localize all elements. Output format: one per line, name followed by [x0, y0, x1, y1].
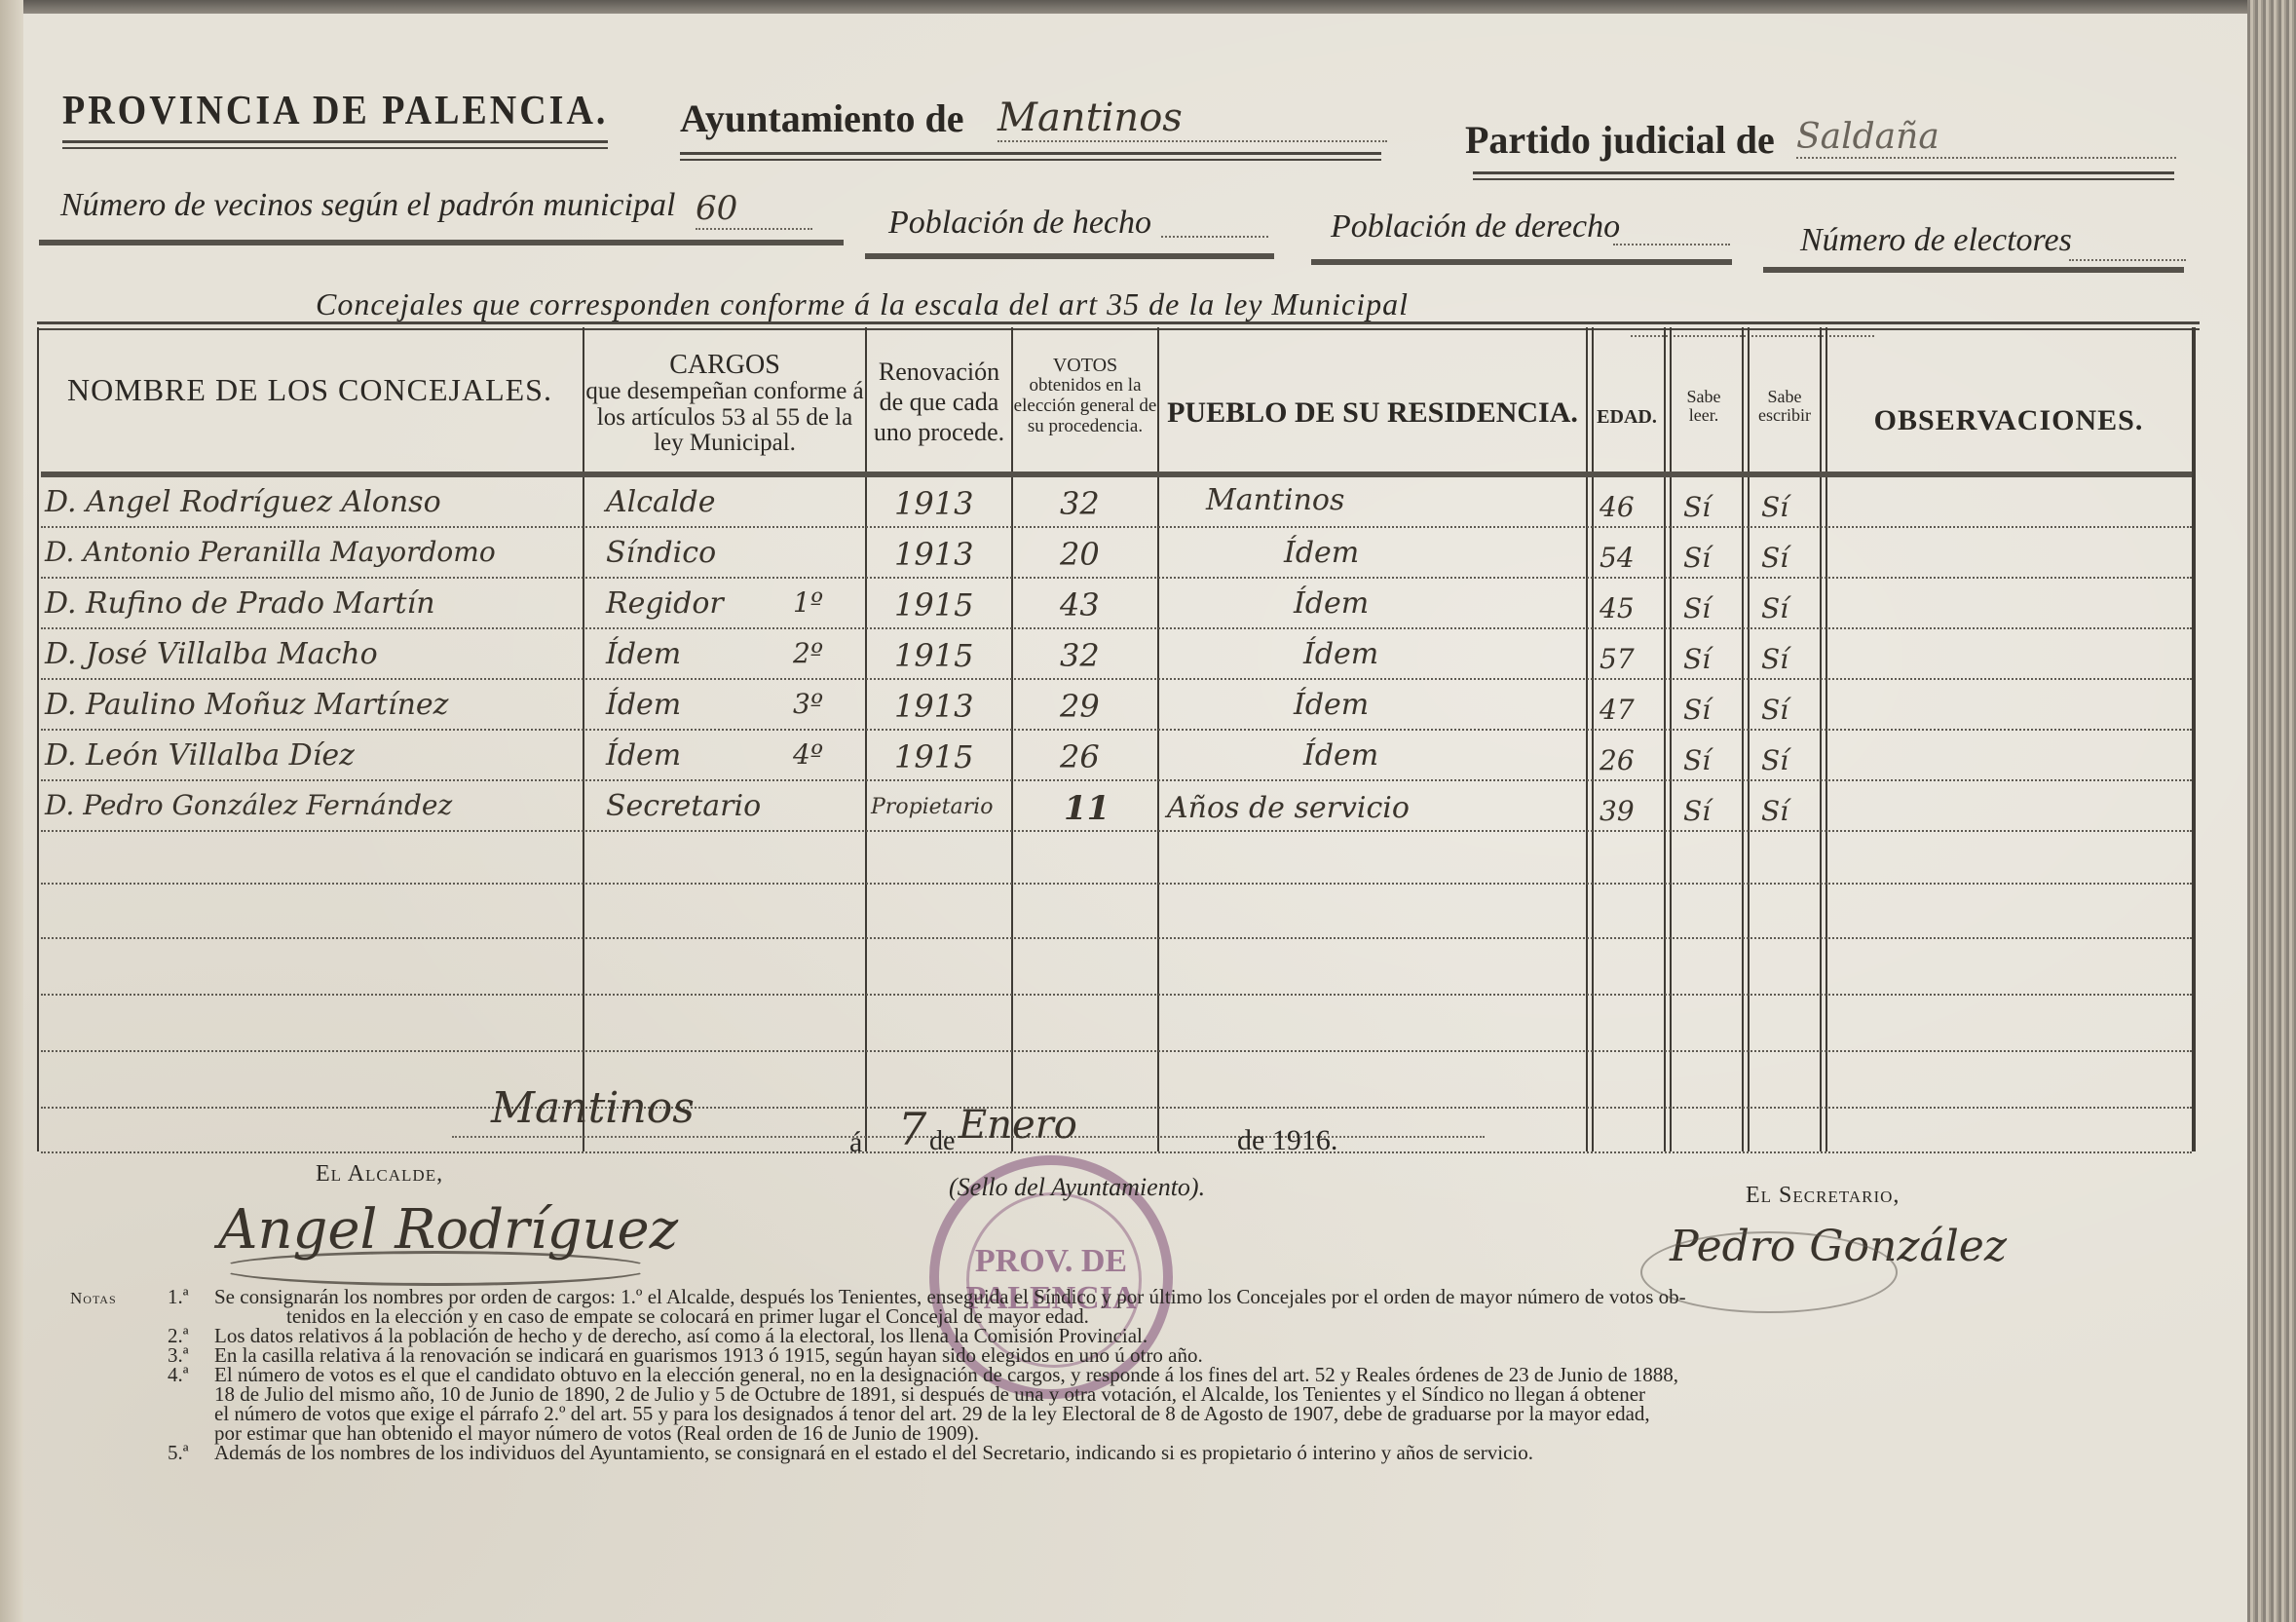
column-header-renovacion: Renovación de que cada uno procede.: [867, 357, 1011, 448]
cell-votos[interactable]: 32: [1060, 485, 1100, 522]
table-top-border: [37, 321, 2200, 330]
poblacion-derecho-label: Población de derecho: [1331, 208, 1620, 245]
column-header-cargos-title: CARGOS: [584, 351, 865, 379]
date-year: de 1916.: [1237, 1124, 1337, 1157]
column-divider: [1011, 327, 1013, 1151]
cell-renovacion[interactable]: 1915: [894, 637, 973, 674]
cell-votos[interactable]: 20: [1060, 536, 1100, 573]
secretario-label: El Secretario,: [1746, 1183, 1900, 1209]
cell-votos[interactable]: 32: [1060, 637, 1100, 674]
cell-edad[interactable]: 54: [1600, 542, 1635, 574]
cell-nombre[interactable]: D. Paulino Moñuz Martínez: [45, 688, 448, 722]
cell-renovacion[interactable]: 1915: [894, 738, 973, 775]
cell-cargo[interactable]: Ídem: [606, 738, 681, 773]
divider: [1311, 259, 1732, 265]
column-header-sabe-escribir: Sabe escribir: [1748, 388, 1822, 425]
cell-cargo-number[interactable]: 4º: [793, 738, 823, 771]
divider: [680, 152, 1381, 161]
cell-sabe-leer[interactable]: Sí: [1683, 542, 1711, 574]
cell-cargo-number[interactable]: 2º: [793, 637, 823, 669]
cell-nombre[interactable]: D. León Villalba Díez: [45, 738, 355, 773]
cell-votos[interactable]: 26: [1060, 738, 1100, 775]
cell-edad[interactable]: 39: [1600, 795, 1635, 827]
column-header-edad: EDAD.: [1590, 407, 1664, 428]
empty-row-divider: [41, 1050, 2192, 1052]
cell-sabe-escribir[interactable]: Sí: [1761, 643, 1788, 675]
province-title: PROVINCIA DE PALENCIA.: [62, 88, 608, 134]
cell-edad[interactable]: 57: [1600, 643, 1635, 675]
cell-renovacion[interactable]: 1913: [894, 536, 973, 573]
cell-edad[interactable]: 46: [1600, 491, 1635, 523]
table-bottom-border: [41, 1151, 2192, 1153]
cell-cargo-number[interactable]: 3º: [793, 688, 823, 720]
column-header-cargos: CARGOS que desempeñan conforme á los art…: [584, 351, 865, 456]
divider: [1763, 267, 2184, 273]
note-5: 5.ªAdemás de los nombres de los individu…: [168, 1442, 1533, 1463]
cell-nombre[interactable]: D. Rufino de Prado Martín: [45, 586, 435, 621]
cell-sabe-leer[interactable]: Sí: [1683, 694, 1711, 726]
divider: [39, 240, 844, 245]
note-number: 1.ª: [168, 1286, 214, 1307]
notes-label: Notas: [70, 1288, 117, 1309]
document-page: PROVINCIA DE PALENCIA. Ayuntamiento de M…: [23, 14, 2247, 1622]
divider: [62, 140, 608, 149]
cell-edad[interactable]: 47: [1600, 694, 1635, 726]
row-divider: [41, 577, 2192, 579]
column-header-votos: VOTOS obtenidos en la elección general d…: [1013, 355, 1157, 437]
electores-field[interactable]: [2069, 245, 2186, 261]
cell-cargo[interactable]: Síndico: [606, 536, 716, 570]
cell-cargo[interactable]: Ídem: [606, 688, 681, 722]
cell-cargo[interactable]: Secretario: [606, 789, 761, 823]
cell-sabe-leer[interactable]: Sí: [1683, 491, 1711, 523]
column-header-sabe-leer: Sabe leer.: [1679, 388, 1728, 425]
sello-label: (Sello del Ayuntamiento).: [949, 1173, 1205, 1202]
book-page-stack: [2247, 0, 2296, 1622]
cell-pueblo[interactable]: Ídem: [1303, 738, 1378, 773]
column-header-cargos-subtitle: que desempeñan conforme á los artículos …: [584, 379, 865, 456]
cell-pueblo[interactable]: Mantinos: [1206, 483, 1344, 517]
month-field[interactable]: Enero: [959, 1103, 1077, 1148]
cell-nombre[interactable]: D. Angel Rodríguez Alonso: [45, 485, 441, 519]
electores-label: Número de electores: [1800, 222, 2072, 259]
column-divider: [1742, 327, 1750, 1151]
row-divider: [41, 627, 2192, 629]
cell-pueblo[interactable]: Ídem: [1284, 536, 1359, 570]
cell-cargo[interactable]: Regidor: [606, 586, 724, 621]
cell-pueblo[interactable]: Ídem: [1294, 688, 1369, 722]
cell-votos[interactable]: 11: [1064, 789, 1110, 828]
column-divider: [37, 327, 39, 1151]
cell-sabe-leer[interactable]: Sí: [1683, 744, 1711, 776]
book-edge-left: [0, 0, 23, 1622]
empty-row-divider: [41, 883, 2192, 885]
column-header-votos-title: VOTOS: [1013, 355, 1157, 376]
column-divider: [1157, 327, 1159, 1151]
partido-judicial-label: Partido judicial de: [1465, 117, 1775, 163]
signature-flourish: [218, 1251, 653, 1286]
row-divider: [41, 830, 2192, 832]
column-header-nombre: NOMBRE DE LOS CONCEJALES.: [37, 374, 583, 407]
cell-votos[interactable]: 43: [1060, 586, 1100, 623]
cell-sabe-escribir[interactable]: Sí: [1761, 491, 1788, 523]
vecinos-label: Número de vecinos según el padrón munici…: [60, 187, 675, 224]
ayuntamiento-field[interactable]: Mantinos: [997, 95, 1387, 142]
column-header-votos-subtitle: obtenidos en la elección general de su p…: [1013, 376, 1157, 437]
header-bottom-border: [41, 472, 2192, 477]
note-number: 4.ª: [168, 1364, 214, 1385]
poblacion-hecho-label: Población de hecho: [888, 205, 1151, 242]
date-de: de: [929, 1126, 955, 1157]
empty-row-divider: [41, 1107, 2192, 1109]
concejales-escala-label: Concejales que corresponden conforme á l…: [316, 286, 1409, 322]
cell-renovacion[interactable]: 1915: [894, 586, 973, 623]
table-right-border: [2192, 327, 2196, 1151]
cell-cargo[interactable]: Ídem: [606, 637, 681, 671]
cell-sabe-leer[interactable]: Sí: [1683, 795, 1711, 827]
column-divider: [1820, 327, 1827, 1151]
cell-edad[interactable]: 26: [1600, 744, 1635, 776]
column-divider: [1586, 327, 1594, 1151]
cell-sabe-escribir[interactable]: Sí: [1761, 592, 1788, 624]
divider: [865, 253, 1274, 259]
empty-row-divider: [41, 994, 2192, 996]
cell-renovacion[interactable]: 1913: [894, 688, 973, 725]
poblacion-hecho-field[interactable]: [1161, 222, 1268, 238]
column-header-observaciones: OBSERVACIONES.: [1826, 405, 2192, 436]
cell-sabe-escribir[interactable]: Sí: [1761, 744, 1788, 776]
cell-nombre[interactable]: D. Pedro González Fernández: [45, 789, 452, 821]
poblacion-derecho-field[interactable]: [1613, 230, 1730, 245]
concejales-table: NOMBRE DE LOS CONCEJALES. CARGOS que des…: [37, 327, 2200, 1151]
cell-pueblo[interactable]: Ídem: [1303, 637, 1378, 671]
partido-judicial-field[interactable]: Saldaña: [1796, 117, 2176, 159]
vecinos-field[interactable]: 60: [696, 189, 812, 230]
cell-edad[interactable]: 45: [1600, 592, 1635, 624]
ayuntamiento-label: Ayuntamiento de: [680, 95, 963, 141]
cell-sabe-escribir[interactable]: Sí: [1761, 694, 1788, 726]
cell-nombre[interactable]: D. Antonio Peranilla Mayordomo: [45, 536, 496, 568]
cell-sabe-leer[interactable]: Sí: [1683, 643, 1711, 675]
row-divider: [41, 526, 2192, 528]
cell-pueblo[interactable]: Años de servicio: [1167, 791, 1410, 825]
empty-row-divider: [41, 937, 2192, 939]
column-header-pueblo: PUEBLO DE SU RESIDENCIA.: [1159, 397, 1586, 429]
place-field[interactable]: Mantinos: [491, 1083, 695, 1133]
divider: [1473, 171, 2174, 180]
cell-sabe-escribir[interactable]: Sí: [1761, 542, 1788, 574]
cell-pueblo[interactable]: Ídem: [1294, 586, 1369, 621]
cell-nombre[interactable]: D. José Villalba Macho: [45, 637, 378, 671]
row-divider: [41, 729, 2192, 731]
note-number: 5.ª: [168, 1442, 214, 1463]
date-a: á: [849, 1126, 862, 1159]
column-divider: [1664, 327, 1672, 1151]
cell-sabe-escribir[interactable]: Sí: [1761, 795, 1788, 827]
cell-renovacion[interactable]: 1913: [894, 485, 973, 522]
row-divider: [41, 779, 2192, 781]
row-divider: [41, 678, 2192, 680]
cell-cargo[interactable]: Alcalde: [606, 485, 716, 519]
note-text: Además de los nombres de los individuos …: [214, 1441, 1533, 1464]
alcalde-label: El Alcalde,: [316, 1161, 443, 1188]
cell-renovacion[interactable]: Propietario: [871, 795, 993, 819]
cell-sabe-leer[interactable]: Sí: [1683, 592, 1711, 624]
column-divider: [865, 327, 867, 1151]
day-field[interactable]: 7: [898, 1103, 926, 1155]
cell-cargo-number[interactable]: 1º: [793, 586, 823, 619]
cell-votos[interactable]: 29: [1060, 688, 1100, 725]
